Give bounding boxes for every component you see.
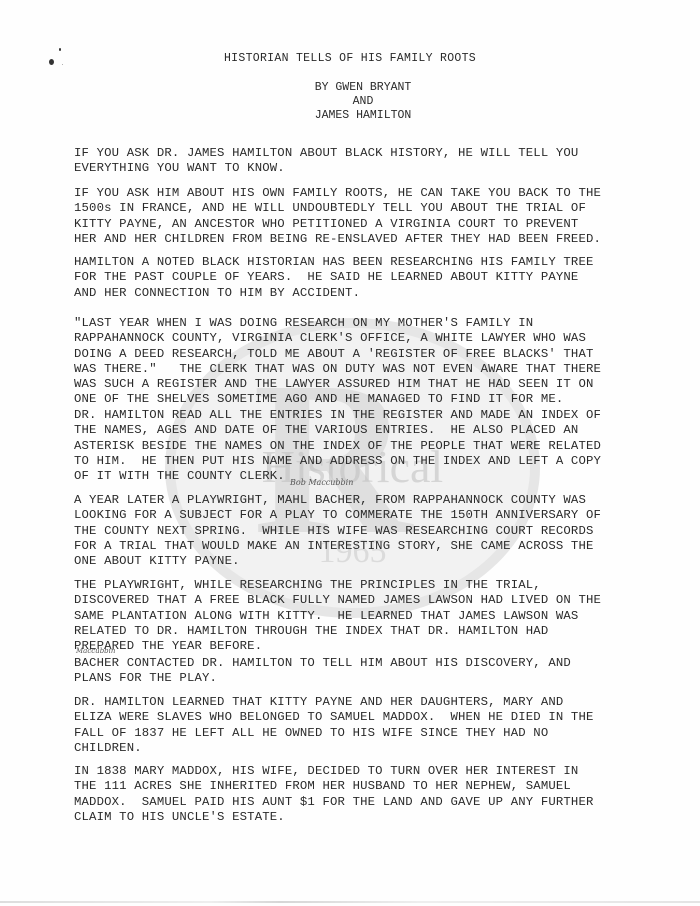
paragraph-line: AND HER CONNECTION TO HIM BY ACCIDENT. — [74, 286, 674, 301]
paragraph-line: EVERYTHING YOU WANT TO KNOW. — [74, 161, 674, 176]
byline-and: AND — [0, 94, 700, 109]
paragraph-line: OF IT WITH THE COUNTY CLERK. — [74, 469, 674, 484]
paragraph-line: FOR A TRIAL THAT WOULD MAKE AN INTERESTI… — [74, 539, 674, 554]
paragraph-line: ELIZA WERE SLAVES WHO BELONGED TO SAMUEL… — [74, 710, 674, 725]
paragraph-line: MADDOX. SAMUEL PAID HIS AUNT $1 FOR THE … — [74, 795, 674, 810]
paragraph-line: DR. HAMILTON LEARNED THAT KITTY PAYNE AN… — [74, 695, 674, 710]
paragraph-line: DISCOVERED THAT A FREE BLACK FULLY NAMED… — [74, 593, 674, 608]
byline-author-2: JAMES HAMILTON — [0, 108, 700, 123]
paragraph: THE PLAYWRIGHT, WHILE RESEARCHING THE PR… — [74, 578, 674, 654]
paragraph-line: THE PLAYWRIGHT, WHILE RESEARCHING THE PR… — [74, 578, 674, 593]
paragraph-line: DR. HAMILTON READ ALL THE ENTRIES IN THE… — [74, 408, 674, 423]
handwritten-note: Maccubbin — [76, 647, 115, 655]
paragraph: IN 1838 MARY MADDOX, HIS WIFE, DECIDED T… — [74, 764, 674, 825]
byline-author-1: BY GWEN BRYANT — [0, 80, 700, 95]
document-title: HISTORIAN TELLS OF HIS FAMILY ROOTS — [0, 52, 700, 66]
paragraph-line: FALL OF 1837 HE LEFT ALL HE OWNED TO HIS… — [74, 726, 674, 741]
paragraph-line: IF YOU ASK HIM ABOUT HIS OWN FAMILY ROOT… — [74, 186, 674, 201]
paragraph: BACHER CONTACTED DR. HAMILTON TO TELL HI… — [74, 656, 674, 687]
paragraph: DR. HAMILTON LEARNED THAT KITTY PAYNE AN… — [74, 695, 674, 756]
paragraph-line: ASTERISK BESIDE THE NAMES ON THE INDEX O… — [74, 439, 674, 454]
paragraph-line: PLANS FOR THE PLAY. — [74, 671, 674, 686]
document-page: R Historical 1965 HISTORIAN TELLS OF HIS… — [0, 0, 700, 906]
paragraph-line: RELATED TO DR. HAMILTON THROUGH THE INDE… — [74, 624, 674, 639]
paragraph: "LAST YEAR WHEN I WAS DOING RESEARCH ON … — [74, 316, 674, 408]
paragraph-line: RAPPAHANNOCK COUNTY, VIRGINIA CLERK'S OF… — [74, 331, 674, 346]
scan-edge — [0, 901, 700, 903]
paragraph-line: FOR THE PAST COUPLE OF YEARS. HE SAID HE… — [74, 270, 674, 285]
paragraph: HAMILTON A NOTED BLACK HISTORIAN HAS BEE… — [74, 255, 674, 301]
paragraph-line: THE 111 ACRES SHE INHERITED FROM HER HUS… — [74, 779, 674, 794]
paragraph-line: "LAST YEAR WHEN I WAS DOING RESEARCH ON … — [74, 316, 674, 331]
paragraph-line: WAS SUCH A REGISTER AND THE LAWYER ASSUR… — [74, 377, 674, 392]
paragraph-line: THE COUNTY NEXT SPRING. WHILE HIS WIFE W… — [74, 524, 674, 539]
paragraph-line: A YEAR LATER A PLAYWRIGHT, MAHL BACHER, … — [74, 493, 674, 508]
paragraph-line: IN 1838 MARY MADDOX, HIS WIFE, DECIDED T… — [74, 764, 674, 779]
paragraph-line: ONE OF THE SHELVES SOMETIME AGO AND HE M… — [74, 392, 674, 407]
paragraph-line: HAMILTON A NOTED BLACK HISTORIAN HAS BEE… — [74, 255, 674, 270]
paragraph: IF YOU ASK HIM ABOUT HIS OWN FAMILY ROOT… — [74, 186, 674, 247]
paragraph-line: 1500s IN FRANCE, AND HE WILL UNDOUBTEDLY… — [74, 201, 674, 216]
paragraph-line: KITTY PAYNE, AN ANCESTOR WHO PETITIONED … — [74, 217, 674, 232]
paragraph-line: IF YOU ASK DR. JAMES HAMILTON ABOUT BLAC… — [74, 146, 674, 161]
paragraph-line: HER AND HER CHILDREN FROM BEING RE-ENSLA… — [74, 232, 674, 247]
paragraph-line: SAME PLANTATION ALONG WITH KITTY. HE LEA… — [74, 609, 674, 624]
paragraph: DR. HAMILTON READ ALL THE ENTRIES IN THE… — [74, 408, 674, 484]
paragraph-line: LOOKING FOR A SUBJECT FOR A PLAY TO COMM… — [74, 508, 674, 523]
paragraph-line: PREPARED THE YEAR BEFORE. — [74, 639, 674, 654]
scan-speck — [59, 48, 61, 51]
paragraph-line: CLAIM TO HIS UNCLE'S ESTATE. — [74, 810, 674, 825]
paragraph-line: CHILDREN. — [74, 741, 674, 756]
paragraph-line: ONE ABOUT KITTY PAYNE. — [74, 554, 674, 569]
paragraph-line: WAS THERE." THE CLERK THAT WAS ON DUTY W… — [74, 362, 674, 377]
paragraph-line: BACHER CONTACTED DR. HAMILTON TO TELL HI… — [74, 656, 674, 671]
paragraph-line: TO HIM. HE THEN PUT HIS NAME AND ADDRESS… — [74, 454, 674, 469]
paragraph-line: DOING A DEED RESEARCH, TOLD ME ABOUT A '… — [74, 347, 674, 362]
paragraph: A YEAR LATER A PLAYWRIGHT, MAHL BACHER, … — [74, 493, 674, 569]
paragraph: IF YOU ASK DR. JAMES HAMILTON ABOUT BLAC… — [74, 146, 674, 177]
paragraph-line: THE NAMES, AGES AND DATE OF THE VARIOUS … — [74, 423, 674, 438]
handwritten-note: Bob Maccubbin — [290, 478, 353, 487]
